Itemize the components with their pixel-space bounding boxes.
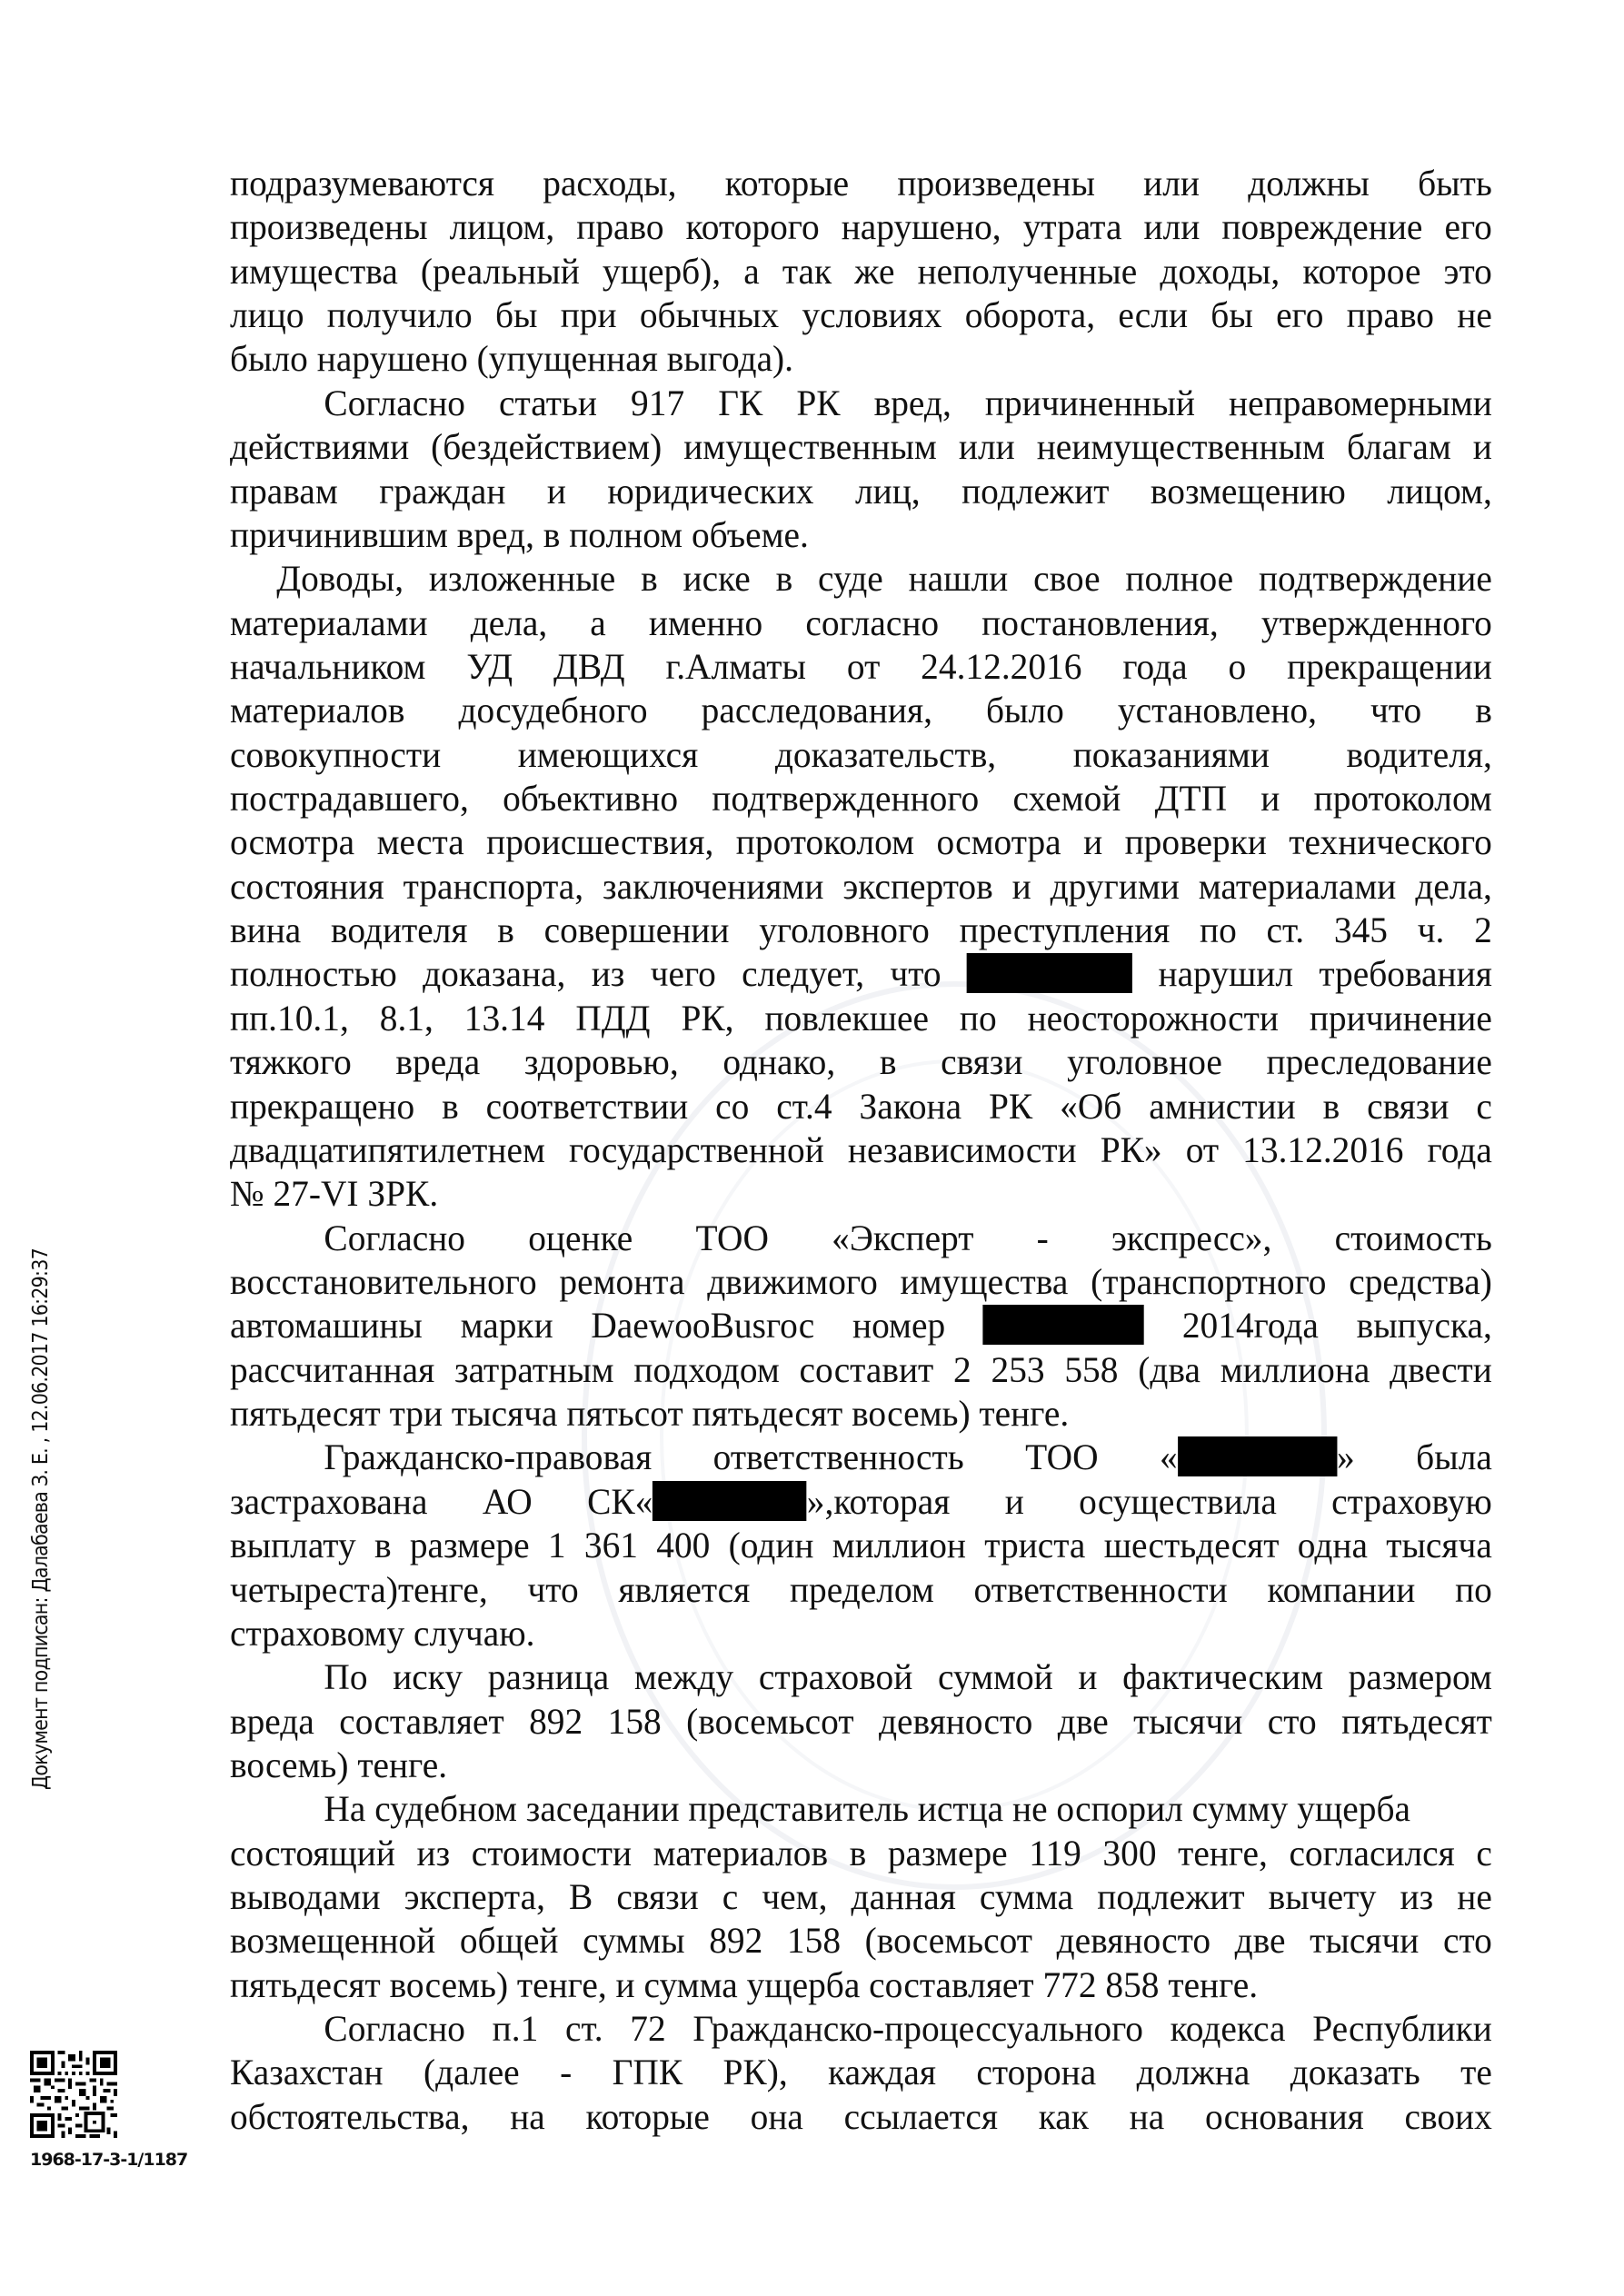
text-segment: выводами эксперта, В связи с чем, данная… [230,1876,1492,1917]
text-segment: застрахована АО СК« [230,1481,653,1522]
text-segment: автомашины марки DaewooBusгос номер [230,1305,983,1346]
document-page: Документ подписан: Далабаева З. Е. , 12.… [0,0,1624,2296]
text-line: застрахована АО СК«»,которая и осуществи… [230,1480,1492,1524]
text-segment: восстановительного ремонта движимого иму… [230,1261,1492,1302]
text-segment: Согласно статьи 917 ГК РК вред, причинен… [324,383,1491,423]
text-segment: произведены лицом, право которого наруше… [230,206,1492,247]
text-line: состоящий из стоимости материалов в разм… [230,1832,1492,1875]
text-segment: состоящий из стоимости материалов в разм… [230,1833,1492,1874]
text-line: лицо получило бы при обычных условиях об… [230,293,1492,337]
text-line: Казахстан (далее - ГПК РК), каждая сторо… [230,2051,1492,2094]
redacted-block [983,1305,1144,1345]
text-line: подразумеваются расходы, которые произве… [230,162,1492,205]
text-line: Согласно статьи 917 ГК РК вред, причинен… [230,382,1492,425]
text-segment: рассчитанная затратным подходом составит… [230,1349,1492,1390]
text-line: № 27-VI ЗРК. [230,1172,1492,1216]
text-line: правам граждан и юридических лиц, подлеж… [230,470,1492,513]
text-segment: пятьдесят три тысяча пятьсот пятьдесят в… [230,1393,1069,1434]
text-segment: правам граждан и юридических лиц, подлеж… [230,471,1492,512]
text-line: выплату в размере 1 361 400 (один миллио… [230,1524,1492,1567]
text-segment: лицо получило бы при обычных условиях об… [230,294,1492,335]
text-segment: материалов досудебного расследования, бы… [230,690,1492,731]
text-line: пятьдесят восемь) тенге, и сумма ущерба … [230,1963,1492,2007]
text-segment: № 27-VI ЗРК. [230,1173,438,1214]
text-segment: полностью доказана, из чего следует, что [230,953,967,994]
text-segment: тяжкого вреда здоровью, однако, в связи … [230,1041,1492,1082]
text-segment: обстоятельства, на которые она ссылается… [230,2096,1492,2137]
text-segment: страховому случаю. [230,1613,534,1654]
text-segment: Казахстан (далее - ГПК РК), каждая сторо… [230,2052,1492,2092]
text-segment: По иску разница между страховой суммой и… [324,1656,1491,1697]
text-segment: На судебном заседании представитель истц… [324,1788,1410,1829]
text-segment: восемь) тенге. [230,1744,447,1785]
text-segment: выплату в размере 1 361 400 (один миллио… [230,1525,1492,1565]
text-line: обстоятельства, на которые она ссылается… [230,2095,1492,2139]
text-segment: Гражданско-правовая ответственность ТОО … [324,1436,1177,1477]
text-segment: » была [1337,1436,1492,1477]
text-segment: действиями (бездействием) имущественным … [230,426,1492,467]
text-segment: материалами дела, а именно согласно пост… [230,602,1492,643]
text-line: рассчитанная затратным подходом составит… [230,1348,1492,1392]
text-segment: состояния транспорта, заключениями экспе… [230,866,1492,907]
text-segment: 2014года выпуска, [1144,1305,1492,1346]
text-segment: причинившим вред, в полном объеме. [230,514,809,555]
signature-stamp: Документ подписан: Далабаева З. Е. , 12.… [29,1248,53,1790]
text-segment: двадцатипятилетнем государственной незав… [230,1129,1492,1170]
text-segment: прекращено в соответствии со ст.4 Закона… [230,1086,1492,1127]
text-line: материалов досудебного расследования, бы… [230,689,1492,732]
text-segment: »,которая и осуществила страховую [807,1481,1492,1522]
text-segment: имущества (реальный ущерб), а так же неп… [230,251,1492,292]
text-line: двадцатипятилетнем государственной незав… [230,1128,1492,1172]
text-line: совокупности имеющихся доказательств, по… [230,733,1492,777]
text-segment: четыреста)тенге, что является пределом о… [230,1569,1492,1610]
qr-code-icon [30,2051,117,2138]
text-line: полностью доказана, из чего следует, что… [230,952,1492,996]
text-line: прекращено в соответствии со ст.4 Закона… [230,1085,1492,1128]
text-line: восстановительного ремонта движимого иму… [230,1260,1492,1304]
text-line: По иску разница между страховой суммой и… [230,1655,1492,1699]
text-line: На судебном заседании представитель истц… [230,1787,1492,1831]
redacted-block [653,1481,806,1521]
text-line: четыреста)тенге, что является пределом о… [230,1568,1492,1612]
text-line: Согласно оценке ТОО «Эксперт - экспресс»… [230,1217,1492,1260]
redacted-block [1178,1436,1337,1476]
text-segment: было нарушено (упущенная выгода). [230,338,793,379]
text-line: возмещенной общей суммы 892 158 (восемьс… [230,1919,1492,1963]
text-segment: Доводы, изложенные в иске в суде нашли с… [276,558,1492,599]
text-segment: Согласно оценке ТОО «Эксперт - экспресс»… [324,1218,1491,1258]
text-line: Доводы, изложенные в иске в суде нашли с… [230,557,1492,601]
text-line: действиями (бездействием) имущественным … [230,425,1492,469]
text-segment: возмещенной общей суммы 892 158 (восемьс… [230,1920,1492,1961]
text-line: Гражданско-правовая ответственность ТОО … [230,1436,1492,1479]
text-segment: вреда составляет 892 158 (восемьсот девя… [230,1701,1492,1742]
text-segment: пятьдесят восемь) тенге, и сумма ущерба … [230,1964,1258,2005]
text-line: Согласно п.1 ст. 72 Гражданско-процессуа… [230,2007,1492,2051]
text-segment: осмотра места происшествия, протоколом о… [230,821,1492,862]
text-segment: пп.10.1, 8.1, 13.14 ПДД РК, повлекшее по… [230,998,1492,1039]
text-line: страховому случаю. [230,1612,1492,1655]
text-line: вреда составляет 892 158 (восемьсот девя… [230,1700,1492,1744]
text-line: имущества (реальный ущерб), а так же неп… [230,250,1492,293]
text-line: автомашины марки DaewooBusгос номер 2014… [230,1304,1492,1347]
text-line: тяжкого вреда здоровью, однако, в связи … [230,1040,1492,1084]
text-line: материалами дела, а именно согласно пост… [230,601,1492,645]
text-segment: Согласно п.1 ст. 72 Гражданско-процессуа… [324,2008,1491,2049]
text-segment: пострадавшего, объективно подтвержденног… [230,778,1492,819]
text-segment: совокупности имеющихся доказательств, по… [230,734,1492,775]
text-line: причинившим вред, в полном объеме. [230,513,1492,557]
text-line: восемь) тенге. [230,1744,1492,1787]
text-line: пятьдесят три тысяча пятьсот пятьдесят в… [230,1392,1492,1436]
text-line: пп.10.1, 8.1, 13.14 ПДД РК, повлекшее по… [230,997,1492,1040]
text-line: было нарушено (упущенная выгода). [230,337,1492,381]
text-segment: начальником УД ДВД г.Алматы от 24.12.201… [230,646,1492,687]
text-line: начальником УД ДВД г.Алматы от 24.12.201… [230,645,1492,689]
text-line: вина водителя в совершении уголовного пр… [230,909,1492,952]
text-line: произведены лицом, право которого наруше… [230,205,1492,249]
text-segment: подразумеваются расходы, которые произве… [230,163,1492,204]
text-segment: нарушил требования [1132,953,1492,994]
text-line: состояния транспорта, заключениями экспе… [230,865,1492,909]
text-line: выводами эксперта, В связи с чем, данная… [230,1875,1492,1919]
text-line: осмотра места происшествия, протоколом о… [230,820,1492,864]
document-code: 1968-17-3-1/1187 [30,2150,187,2170]
text-segment: вина водителя в совершении уголовного пр… [230,909,1492,950]
redacted-block [967,953,1132,993]
text-line: пострадавшего, объективно подтвержденног… [230,777,1492,820]
